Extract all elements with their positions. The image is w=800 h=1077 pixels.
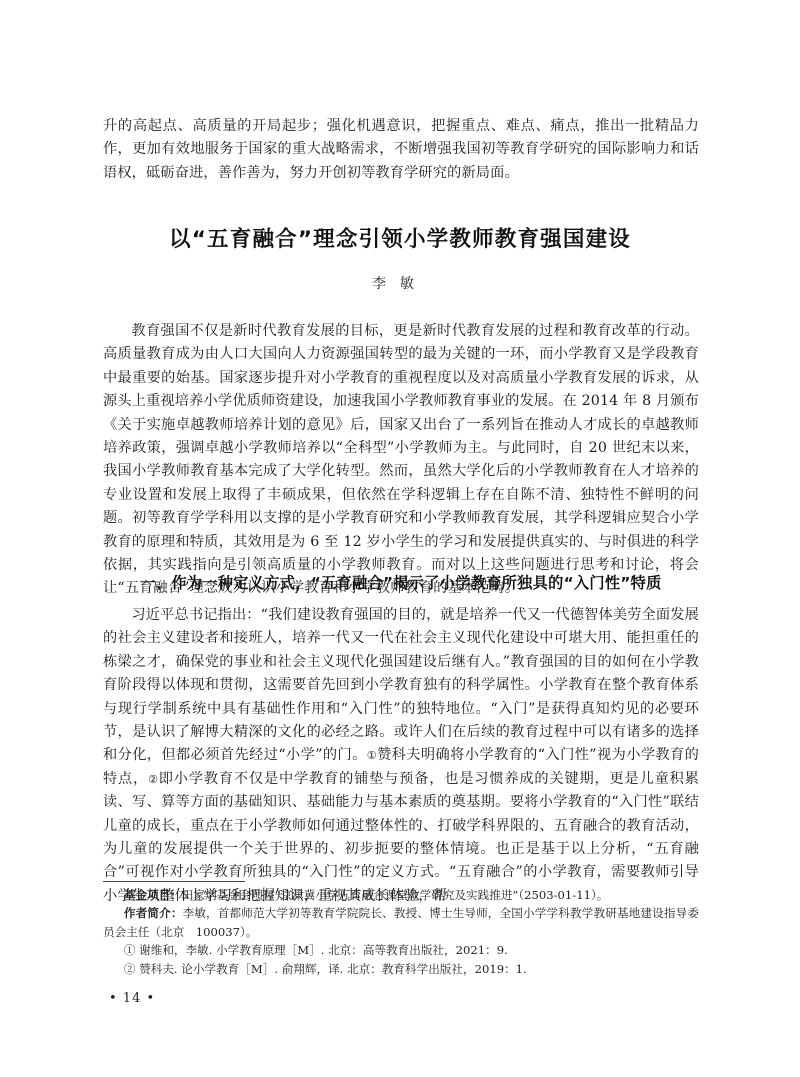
- footnote-ref-1[interactable]: ①: [367, 749, 377, 762]
- author-text: 李敏，首都师范大学初等教育学院院长、教授、博士生导师，全国小学学科教学教研基地建…: [103, 906, 699, 938]
- article-abstract: 教育强国不仅是新时代教育发展的目标，更是新时代教育发展的过程和教育改革的行动。高…: [103, 320, 699, 601]
- intro-paragraph: 升的高起点、高质量的开局起步；强化机遇意识，把握重点、难点、痛点，推出一批精品力…: [103, 115, 699, 185]
- page-number: • 14 •: [109, 991, 155, 1006]
- paragraph-text: 即小学教育不仅是中学教育的铺垫与预备，也是习惯养成的关键期，更是儿童积累读、写、…: [103, 771, 699, 904]
- reference-2: ② 赞科夫. 论小学教育［M］. 俞翔辉，译. 北京：教育科学出版社，2019：…: [103, 960, 699, 978]
- body-paragraph: 教育强国不仅是新时代教育发展的目标，更是新时代教育发展的过程和教育改革的行动。高…: [103, 320, 699, 601]
- intro-continuation: 升的高起点、高质量的开局起步；强化机遇意识，把握重点、难点、痛点，推出一批精品力…: [103, 115, 699, 185]
- article-title: 以“五育融合”理念引领小学教师教育强国建设: [0, 222, 800, 253]
- fund-note: 基金项目：田家炳基金会项目“京津冀小学五育融合课堂教学研究及实践推进”（2503…: [103, 886, 699, 904]
- author-label: 作者简介：: [124, 906, 183, 920]
- fund-label: 基金项目：: [124, 888, 182, 902]
- footnote-ref-2[interactable]: ②: [148, 773, 159, 786]
- body-paragraph: 习近平总书记指出：“我们建设教育强国的目的，就是培养一代又一代德智体美劳全面发展…: [103, 604, 699, 908]
- author-note: 作者简介：李敏，首都师范大学初等教育学院院长、教授、博士生导师，全国小学学科教学…: [103, 904, 699, 941]
- article-author: 李敏: [0, 273, 800, 293]
- reference-1: ① 谢维和，李敏. 小学教育原理［M］. 北京：高等教育出版社，2021：9.: [103, 941, 699, 959]
- section-body: 习近平总书记指出：“我们建设教育强国的目的，就是培养一代又一代德智体美劳全面发展…: [103, 604, 699, 908]
- document-page: 升的高起点、高质量的开局起步；强化机遇意识，把握重点、难点、痛点，推出一批精品力…: [0, 0, 800, 1077]
- section-heading: 一、作为一种定义方式，“五育融合”揭示了小学教育所独具的“入门性”特质: [103, 572, 699, 593]
- fund-text: 田家炳基金会项目“京津冀小学五育融合课堂教学研究及实践推进”（2503-01-1…: [182, 888, 609, 902]
- footnote-divider: [103, 881, 245, 882]
- paragraph-text: 习近平总书记指出：“我们建设教育强国的目的，就是培养一代又一代德智体美劳全面发展…: [103, 607, 699, 763]
- footnotes: 基金项目：田家炳基金会项目“京津冀小学五育融合课堂教学研究及实践推进”（2503…: [103, 886, 699, 978]
